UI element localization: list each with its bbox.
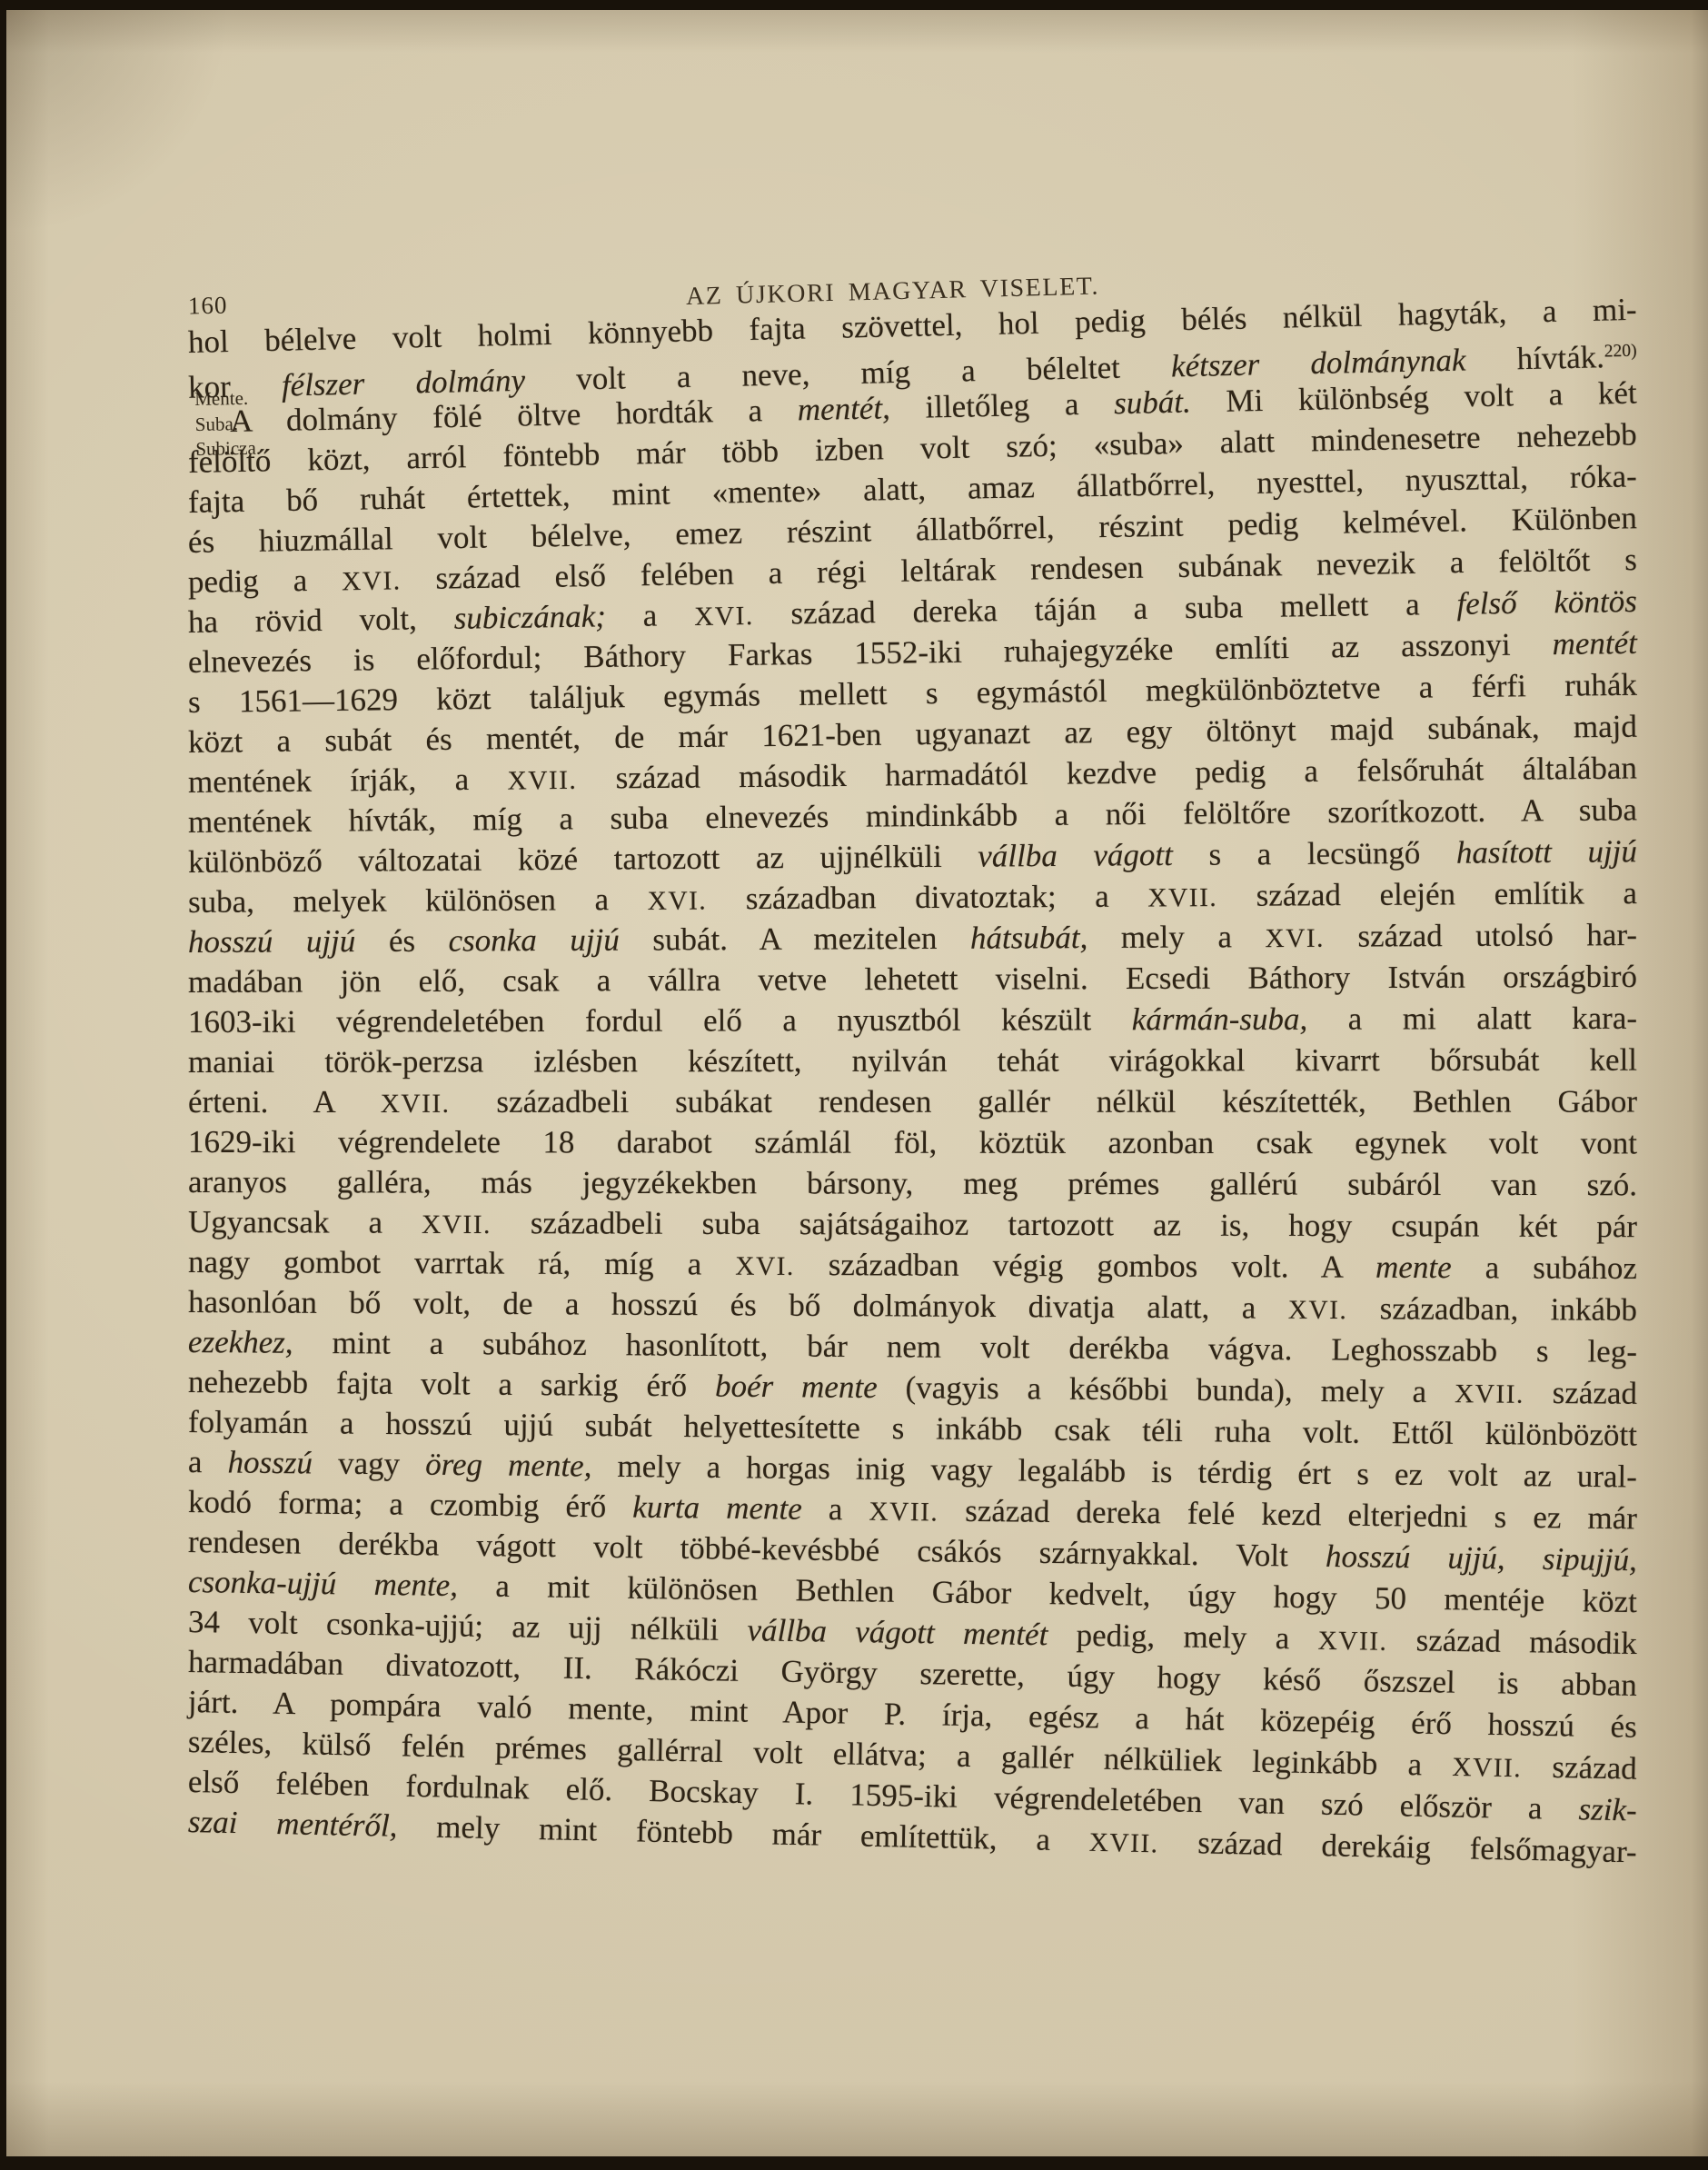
text-segment: század második <box>1387 1622 1637 1661</box>
text-segment: mely a <box>1087 919 1265 955</box>
text-segment: öreg mente, <box>425 1447 592 1484</box>
text-segment: hosszú <box>227 1444 313 1480</box>
text-segment: hívták. <box>1465 339 1604 377</box>
text-segment: különböző változatai közé tartozott az u… <box>188 839 978 880</box>
text-segment: (vagyis a későbbi bunda), mely a <box>878 1369 1455 1409</box>
text-line: 1603-iki végrendeletében fordul elő a ny… <box>188 999 1637 1042</box>
text-line: hosszú ujjú és csonka ujjú subát. A mezi… <box>188 915 1637 962</box>
text-segment: században divatoztak; a <box>707 878 1147 916</box>
text-segment: nagy gombot varrtak rá, míg a <box>188 1244 735 1282</box>
text-segment: felső köntös <box>1456 583 1637 622</box>
text-segment: maniai török-perzsa izlésben készített, … <box>188 1042 1637 1080</box>
text-segment: XVI. <box>342 566 402 596</box>
text-segment: madában jön elő, csak a vállra vetve leh… <box>188 959 1637 1000</box>
text-segment: mely a horgas inig vagy legalább is térd… <box>591 1448 1637 1495</box>
text-line: aranyos galléra, más jegyzékekben bárson… <box>188 1162 1637 1205</box>
text-segment: hosszú ujjú <box>188 923 356 960</box>
text-segment: század elején említik a <box>1217 875 1637 913</box>
text-segment: boér mente <box>715 1369 878 1405</box>
text-segment: aranyos galléra, más jegyzékekben bárson… <box>188 1164 1637 1202</box>
text-line: maniai török-perzsa izlésben készített, … <box>188 1040 1637 1082</box>
text-segment: és <box>355 923 448 960</box>
text-segment: s a lecsüngő <box>1173 835 1456 872</box>
text-segment: századbeli subákat rendesen gallér nélkü… <box>450 1084 1637 1120</box>
text-segment: XVII. <box>1088 1828 1158 1859</box>
text-segment: századbeli suba sajátságaihoz tartozott … <box>492 1205 1637 1244</box>
text-segment: a <box>606 597 695 633</box>
text-segment: csonka-ujjú mente, <box>188 1564 459 1603</box>
text-segment: mentének írják, a <box>188 761 508 800</box>
body-text: hol bélelve volt holmi könnyebb fajta sz… <box>188 323 1637 1842</box>
text-segment: XVII. <box>422 1210 492 1239</box>
text-segment: vagy <box>313 1445 426 1481</box>
text-segment: század második harmadától kezdve pedig a… <box>577 750 1637 795</box>
text-segment: XVII. <box>381 1090 451 1119</box>
text-segment: században, inkább <box>1347 1290 1637 1328</box>
text-segment: század <box>1522 1748 1637 1786</box>
page-number: 160 <box>188 292 228 321</box>
text-segment: XVI. <box>735 1252 795 1281</box>
text-segment: Ugyancsak a <box>188 1204 422 1240</box>
text-line: nagy gombot varrtak rá, míg a XVI. száza… <box>188 1242 1637 1289</box>
text-segment: suba, melyek különösen a <box>188 881 648 920</box>
text-line: Ugyancsak a XVII. századbeli suba sajáts… <box>188 1202 1637 1247</box>
text-segment: pedig a <box>188 562 343 600</box>
text-segment: a <box>188 1444 228 1479</box>
text-segment: XVI. <box>648 886 708 915</box>
text-segment: vállba vágott mentét <box>747 1612 1048 1652</box>
text-segment: XVII. <box>507 766 577 796</box>
text-segment: században végig gombos volt. A <box>795 1247 1375 1285</box>
text-segment: szai mentéről, <box>188 1804 398 1844</box>
text-segment: XVII. <box>1147 883 1217 912</box>
text-segment: ezekhez, <box>188 1324 293 1360</box>
text-segment: század derekáig felsőmagyar- <box>1158 1824 1637 1869</box>
text-segment: hosszú ujjú, sipujjú, <box>1326 1538 1637 1578</box>
text-segment: mente <box>1375 1249 1452 1285</box>
text-segment: a subához <box>1452 1249 1637 1286</box>
text-segment: vállba vágott <box>978 837 1173 874</box>
text-segment: század utolsó har- <box>1325 917 1637 954</box>
text-segment: pedig, mely a <box>1048 1617 1318 1656</box>
text-segment: érteni. A <box>188 1084 381 1120</box>
text-segment: XVII. <box>869 1498 938 1528</box>
text-segment: a <box>802 1491 869 1528</box>
text-segment: illetőleg a <box>889 385 1114 425</box>
text-segment: hasított ujjú <box>1456 833 1637 870</box>
text-segment: subiczának; <box>453 598 606 635</box>
text-segment: szik- <box>1578 1791 1637 1827</box>
book-page: 160 AZ ÚJKORI MAGYAR VISELET. Mente.Suba… <box>6 10 1708 2156</box>
text-segment: XVII. <box>1317 1627 1387 1657</box>
text-segment: mentét <box>1552 625 1637 662</box>
text-line: 1629-iki végrendelete 18 darabot számlál… <box>188 1122 1637 1163</box>
text-segment: század dereka felé kezd elterjedni s ez … <box>938 1493 1637 1537</box>
text-segment: kodó forma; a czombig érő <box>188 1484 633 1525</box>
text-segment: 1603-iki végrendeletében fordul elő a ny… <box>188 1001 1132 1040</box>
text-segment: XVI. <box>1265 924 1325 953</box>
text-segment: kármán-suba, <box>1132 1001 1308 1038</box>
text-segment: subát. <box>1114 384 1191 422</box>
text-segment: ha rövid volt, <box>188 601 454 640</box>
text-segment: subát. A mezitelen <box>620 921 970 958</box>
footnote-ref: 220) <box>1604 342 1636 362</box>
text-line: madában jön elő, csak a vállra vetve leh… <box>188 957 1637 1002</box>
text-segment: 34 volt csonka-ujjú; az ujj nélküli <box>188 1604 748 1647</box>
text-segment: század dereka táján a suba mellett a <box>753 586 1456 632</box>
text-segment: hasonlóan bő volt, de a hosszú és bő dol… <box>188 1284 1288 1326</box>
text-segment: hátsubát, <box>970 920 1088 956</box>
text-segment: 1629-iki végrendelete 18 darabot számlál… <box>188 1124 1637 1160</box>
text-line: érteni. A XVII. századbeli subákat rende… <box>188 1082 1637 1122</box>
text-segment: kor <box>188 368 283 405</box>
text-segment: mentét, <box>797 390 890 427</box>
text-line: suba, melyek különösen a XVI. században … <box>188 873 1637 922</box>
text-segment: Mi különbség volt a két <box>1190 375 1637 420</box>
text-segment: csonka ujjú <box>448 922 619 959</box>
text-segment: XVI. <box>1288 1296 1348 1325</box>
text-segment: XVII. <box>1452 1753 1522 1783</box>
text-segment: XVI. <box>694 602 754 632</box>
text-segment: század <box>1524 1375 1637 1411</box>
text-segment: a mi alatt kara- <box>1307 1000 1637 1037</box>
text-segment: nehezebb fajta volt a sarkig érő <box>188 1364 715 1404</box>
text-segment: XVII. <box>1455 1379 1524 1409</box>
text-segment: kurta mente <box>632 1489 802 1527</box>
text-segment: mint a subához hasonlított, bár nem volt… <box>293 1325 1638 1369</box>
